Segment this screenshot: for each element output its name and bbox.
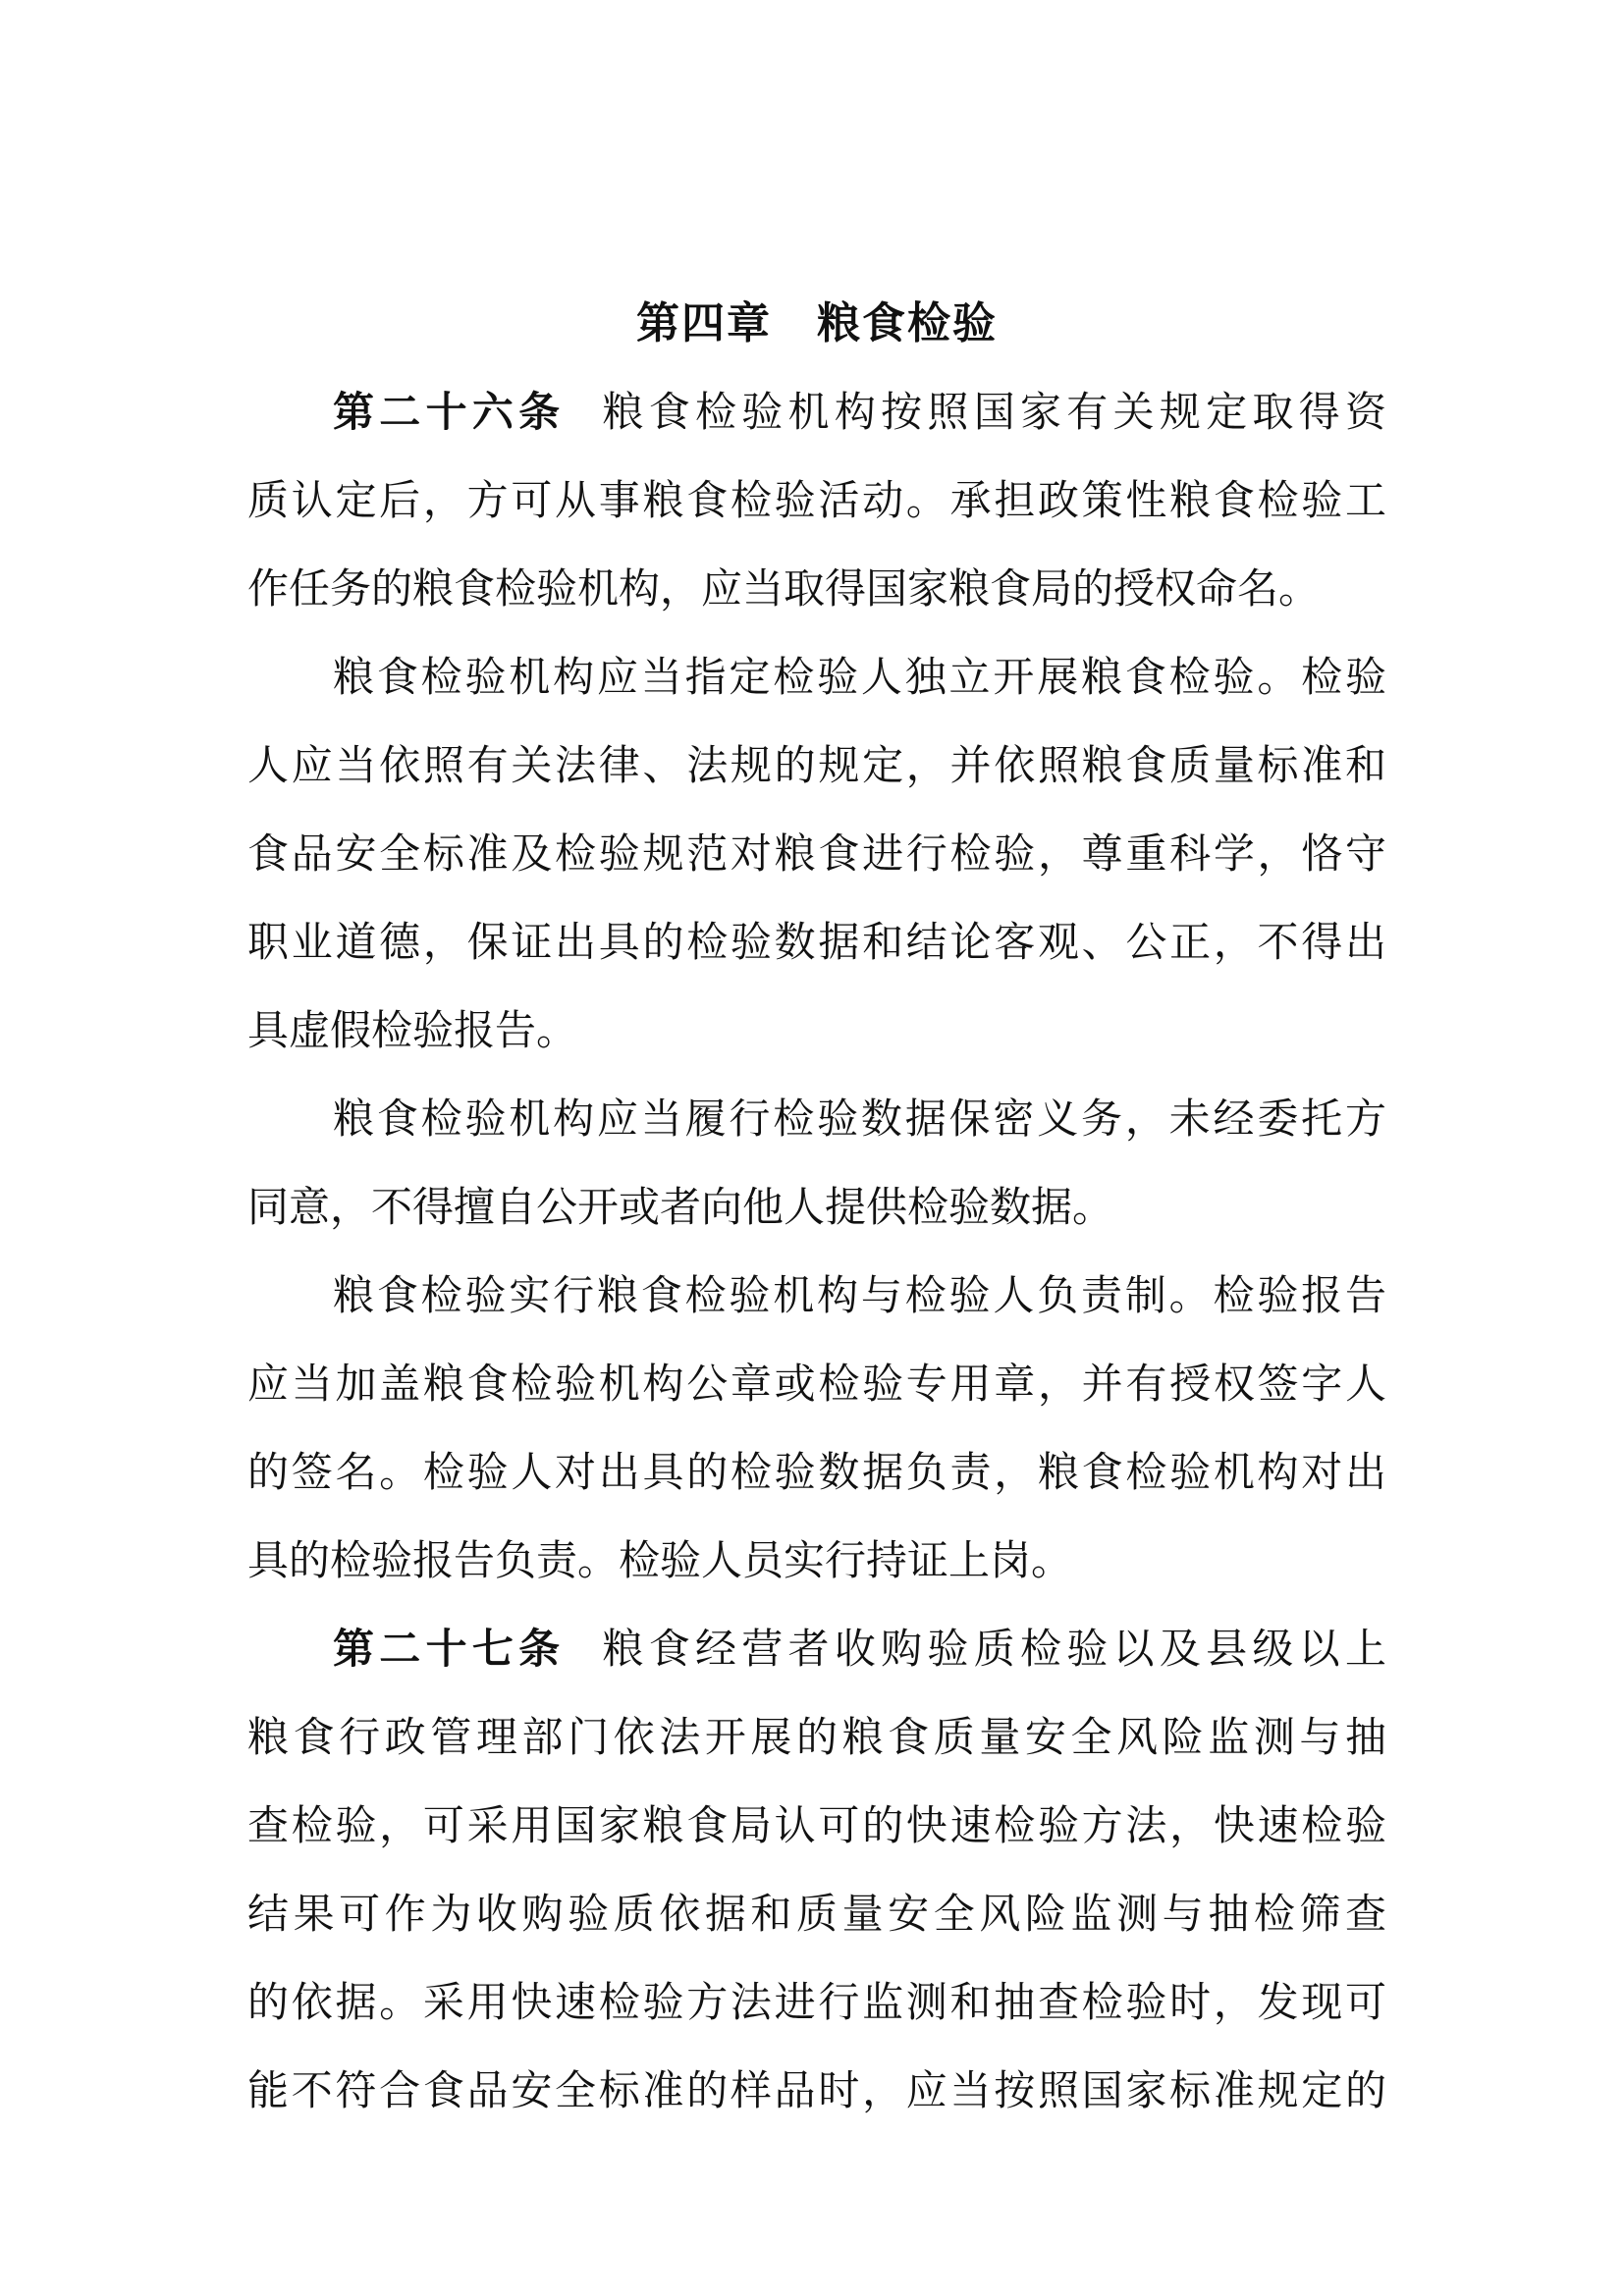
paragraph-line: 人应当依照有关法律、法规的规定，并依照粮食质量标准和 xyxy=(247,736,1386,795)
paragraph-line: 结果可作为收购验质依据和质量安全风险监测与抽检筛查 xyxy=(247,1885,1386,1944)
chapter-title: 第四章 粮食检验 xyxy=(247,294,1386,353)
paragraph-line: 具的检验报告负责。检验人员实行持证上岗。 xyxy=(247,1531,1386,1590)
paragraph-line: 的依据。采用快速检验方法进行监测和抽查检验时，发现可 xyxy=(247,1973,1386,2032)
paragraph-line: 的签名。检验人对出具的检验数据负责，粮食检验机构对出 xyxy=(247,1443,1386,1502)
paragraph-line: 质认定后，方可从事粮食检验活动。承担政策性粮食检验工 xyxy=(247,471,1386,530)
paragraph-line: 职业道德，保证出具的检验数据和结论客观、公正，不得出 xyxy=(247,913,1386,972)
paragraph-line: 粮食检验机构应当履行检验数据保密义务，未经委托方 xyxy=(333,1090,1386,1148)
paragraph-line: 粮食检验机构应当指定检验人独立开展粮食检验。检验 xyxy=(333,648,1386,707)
paragraph-line: 能不符合食品安全标准的样品时，应当按照国家标准规定的 xyxy=(247,2061,1386,2120)
paragraph-line: 粮食行政管理部门依法开展的粮食质量安全风险监测与抽 xyxy=(247,1708,1386,1767)
paragraph-text: 粮食检验机构按照国家有关规定取得资 xyxy=(602,388,1386,436)
paragraph-line: 作任务的粮食检验机构，应当取得国家粮食局的授权命名。 xyxy=(247,560,1386,618)
paragraph-line: 食品安全标准及检验规范对粮食进行检验，尊重科学，恪守 xyxy=(247,825,1386,883)
article-26-label: 第二十六条 xyxy=(333,388,565,436)
paragraph-line: 粮食检验实行粮食检验机构与检验人负责制。检验报告 xyxy=(333,1266,1386,1325)
article-26-line-1: 第二十六条粮食检验机构按照国家有关规定取得资 xyxy=(333,383,1386,442)
article-27-label: 第二十七条 xyxy=(333,1625,565,1673)
paragraph-text: 粮食经营者收购验质检验以及县级以上 xyxy=(602,1625,1386,1673)
paragraph-line: 应当加盖粮食检验机构公章或检验专用章，并有授权签字人 xyxy=(247,1355,1386,1414)
paragraph-line: 查检验，可采用国家粮食局认可的快速检验方法，快速检验 xyxy=(247,1796,1386,1855)
article-27-line-1: 第二十七条粮食经营者收购验质检验以及县级以上 xyxy=(333,1620,1386,1679)
paragraph-line: 同意，不得擅自公开或者向他人提供检验数据。 xyxy=(247,1178,1386,1237)
paragraph-line: 具虚假检验报告。 xyxy=(247,1001,1386,1060)
